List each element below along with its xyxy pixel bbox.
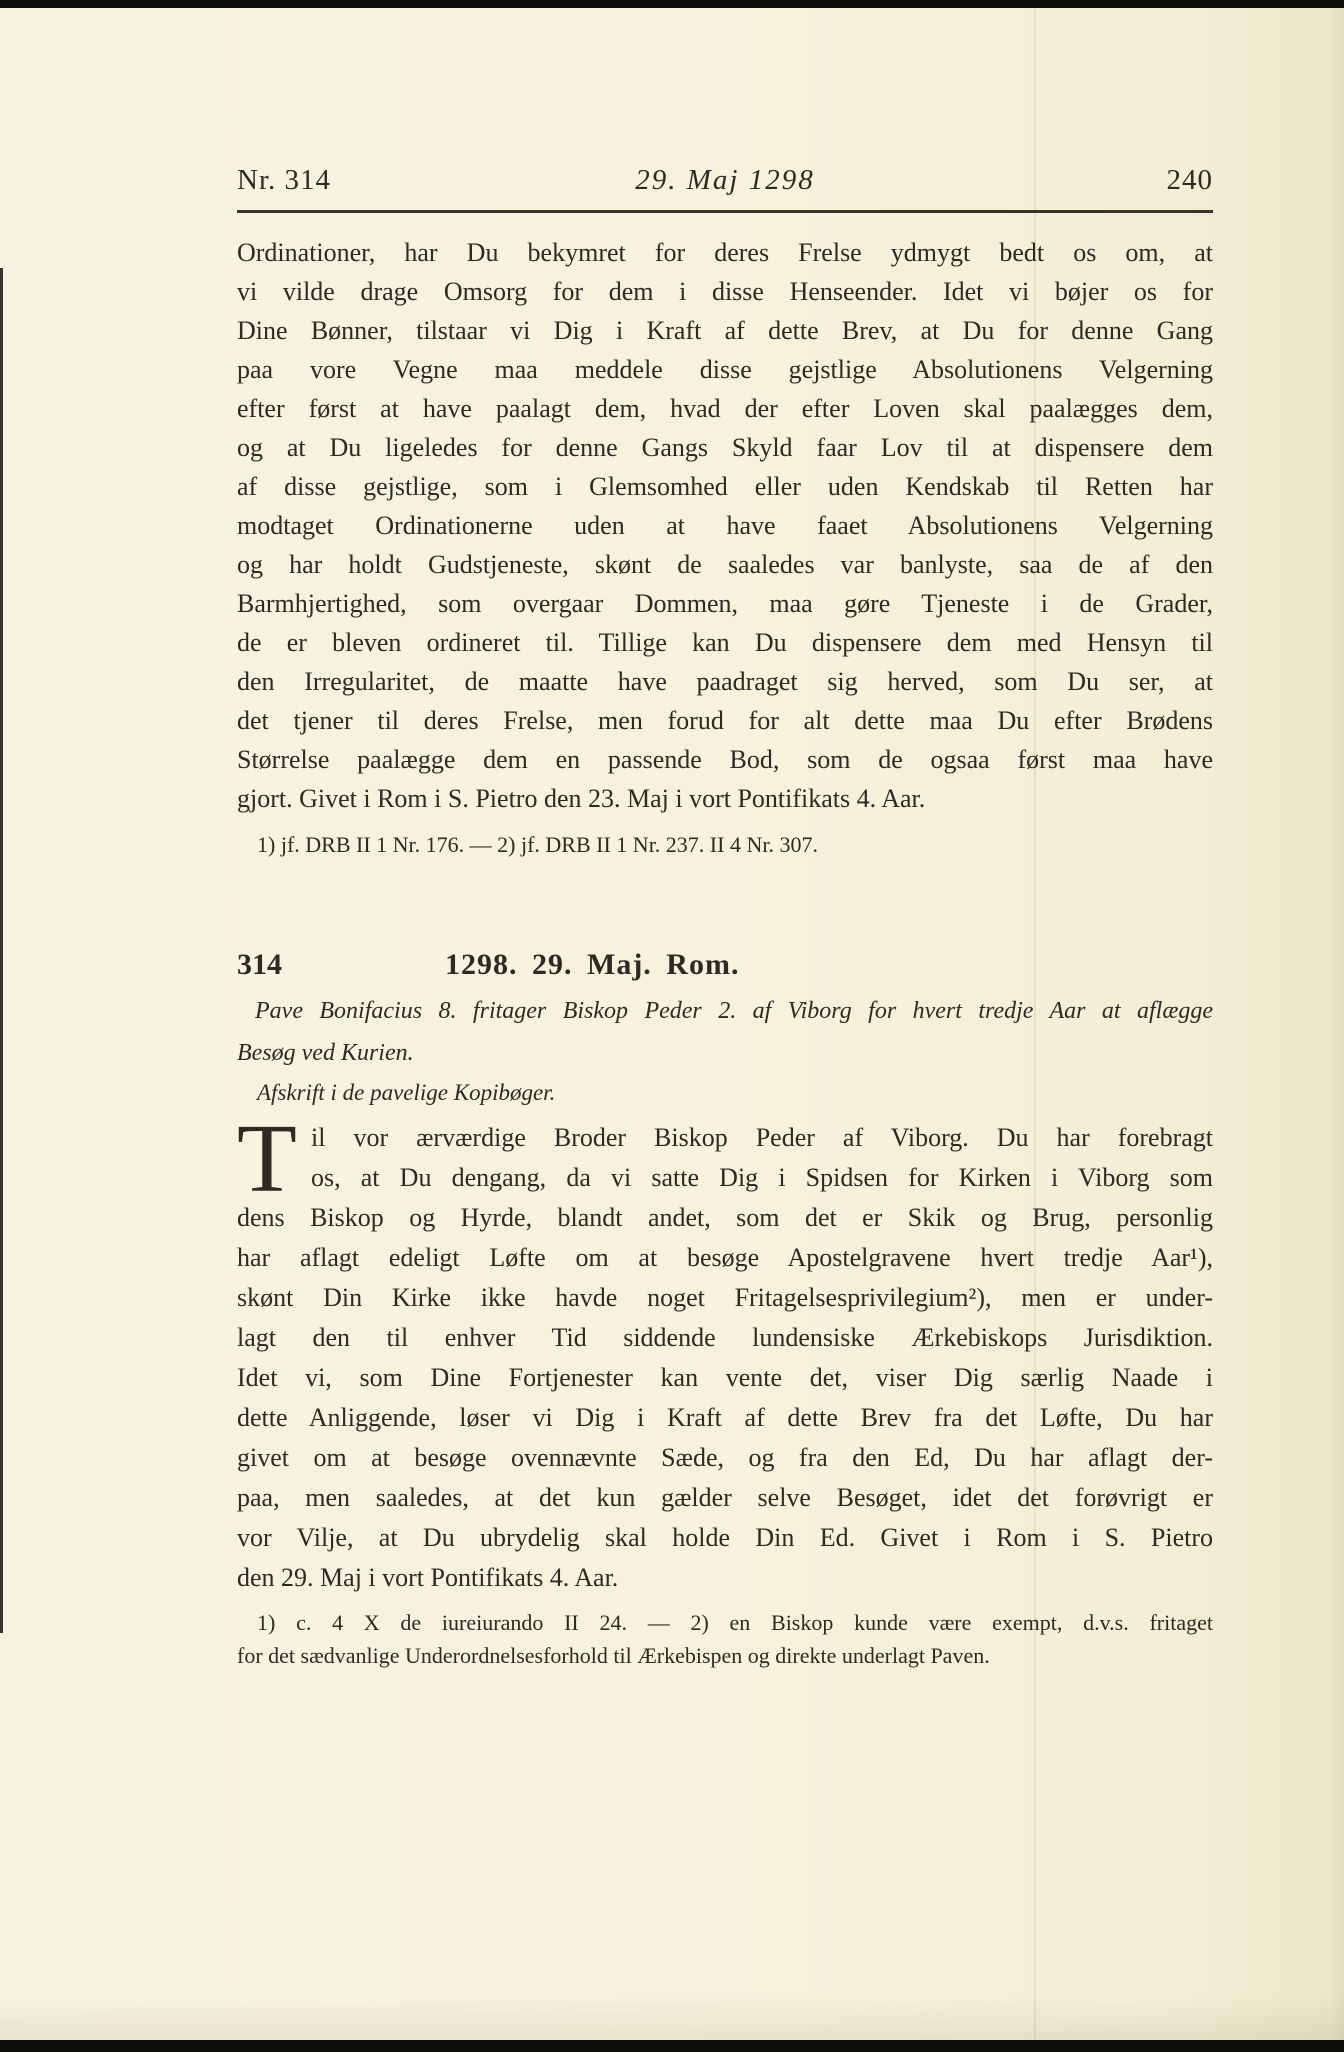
summary-line: Pave Bonifacius 8. fritager Biskop Peder… bbox=[237, 990, 1213, 1032]
body-line: Barmhjertighed, som overgaar Dommen, maa… bbox=[237, 584, 1213, 623]
body-line: Størrelse paalægge dem en passende Bod, … bbox=[237, 740, 1213, 779]
body-line: vor Vilje, at Du ubrydelig skal holde Di… bbox=[237, 1518, 1213, 1558]
body-line: il vor ærværdige Broder Biskop Peder af … bbox=[237, 1118, 1213, 1158]
body-line: Idet vi, som Dine Fortjenester kan vente… bbox=[237, 1358, 1213, 1398]
body-line: modtaget Ordinationerne uden at have faa… bbox=[237, 506, 1213, 545]
body-line: lagt den til enhver Tid siddende lundens… bbox=[237, 1318, 1213, 1358]
doc-314-body: T il vor ærværdige Broder Biskop Peder a… bbox=[237, 1118, 1213, 1598]
body-line: dette Anliggende, løser vi Dig i Kraft a… bbox=[237, 1398, 1213, 1438]
doc-314-source-note: Afskrift i de pavelige Kopibøger. bbox=[237, 1080, 1213, 1106]
body-line: Dine Bønner, tilstaar vi Dig i Kraft af … bbox=[237, 311, 1213, 350]
body-line: og at Du ligeledes for denne Gangs Skyld… bbox=[237, 428, 1213, 467]
scan-bottom-bar bbox=[0, 2040, 1344, 2052]
body-line: givet om at besøge ovennævnte Sæde, og f… bbox=[237, 1438, 1213, 1478]
header-rule bbox=[237, 210, 1213, 213]
dropcap-initial: T bbox=[237, 1118, 301, 1198]
body-line: af disse gejstlige, som i Glemsomhed ell… bbox=[237, 467, 1213, 506]
doc-314-date-heading: 1298. 29. Maj. Rom. bbox=[445, 948, 739, 982]
summary-line: Besøg ved Kurien. bbox=[237, 1032, 1213, 1074]
doc-313-footnote: 1) jf. DRB II 1 Nr. 176. — 2) jf. DRB II… bbox=[237, 832, 1213, 858]
footnote-line: 1) c. 4 X de iureiurando II 24. — 2) en … bbox=[237, 1606, 1213, 1639]
running-header: Nr. 314 29. Maj 1298 240 bbox=[237, 164, 1213, 204]
body-line: det tjener til deres Frelse, men forud f… bbox=[237, 701, 1213, 740]
scanned-book-page: Nr. 314 29. Maj 1298 240 Ordinationer, h… bbox=[0, 0, 1344, 2052]
doc-314-heading: 314 1298. 29. Maj. Rom. bbox=[237, 948, 1213, 988]
body-line: gjort. Givet i Rom i S. Pietro den 23. M… bbox=[237, 779, 1213, 818]
body-line: os, at Du dengang, da vi satte Dig i Spi… bbox=[237, 1158, 1213, 1198]
body-line: Ordinationer, har Du bekymret for deres … bbox=[237, 233, 1213, 272]
body-line: og har holdt Gudstjeneste, skønt de saal… bbox=[237, 545, 1213, 584]
doc-314-number: 314 bbox=[237, 948, 282, 982]
scan-left-edge bbox=[0, 268, 3, 1633]
scan-top-bar bbox=[0, 0, 1344, 8]
doc-314-footnotes: 1) c. 4 X de iureiurando II 24. — 2) en … bbox=[237, 1606, 1213, 1672]
body-line: vi vilde drage Omsorg for dem i disse He… bbox=[237, 272, 1213, 311]
doc-313-body: Ordinationer, har Du bekymret for deres … bbox=[237, 233, 1213, 818]
body-line: efter først at have paalagt dem, hvad de… bbox=[237, 389, 1213, 428]
header-page-number: 240 bbox=[1167, 164, 1214, 197]
body-line: paa vore Vegne maa meddele disse gejstli… bbox=[237, 350, 1213, 389]
body-line: dens Biskop og Hyrde, blandt andet, som … bbox=[237, 1198, 1213, 1238]
doc-314-summary: Pave Bonifacius 8. fritager Biskop Peder… bbox=[237, 990, 1213, 1074]
doc-314-body-lines: il vor ærværdige Broder Biskop Peder af … bbox=[237, 1118, 1213, 1598]
body-line: paa, men saaledes, at det kun gælder sel… bbox=[237, 1478, 1213, 1518]
body-line: den 29. Maj i vort Pontifikats 4. Aar. bbox=[237, 1558, 1213, 1598]
body-line: skønt Din Kirke ikke havde noget Fritage… bbox=[237, 1278, 1213, 1318]
body-line: de er bleven ordineret til. Tillige kan … bbox=[237, 623, 1213, 662]
body-line: har aflagt edeligt Løfte om at besøge Ap… bbox=[237, 1238, 1213, 1278]
page-bottom-shadow bbox=[0, 1995, 1344, 2040]
footnote-line: for det sædvanlige Underordnelsesforhold… bbox=[237, 1639, 1213, 1672]
body-line: den Irregularitet, de maatte have paadra… bbox=[237, 662, 1213, 701]
header-date: 29. Maj 1298 bbox=[237, 164, 1213, 197]
